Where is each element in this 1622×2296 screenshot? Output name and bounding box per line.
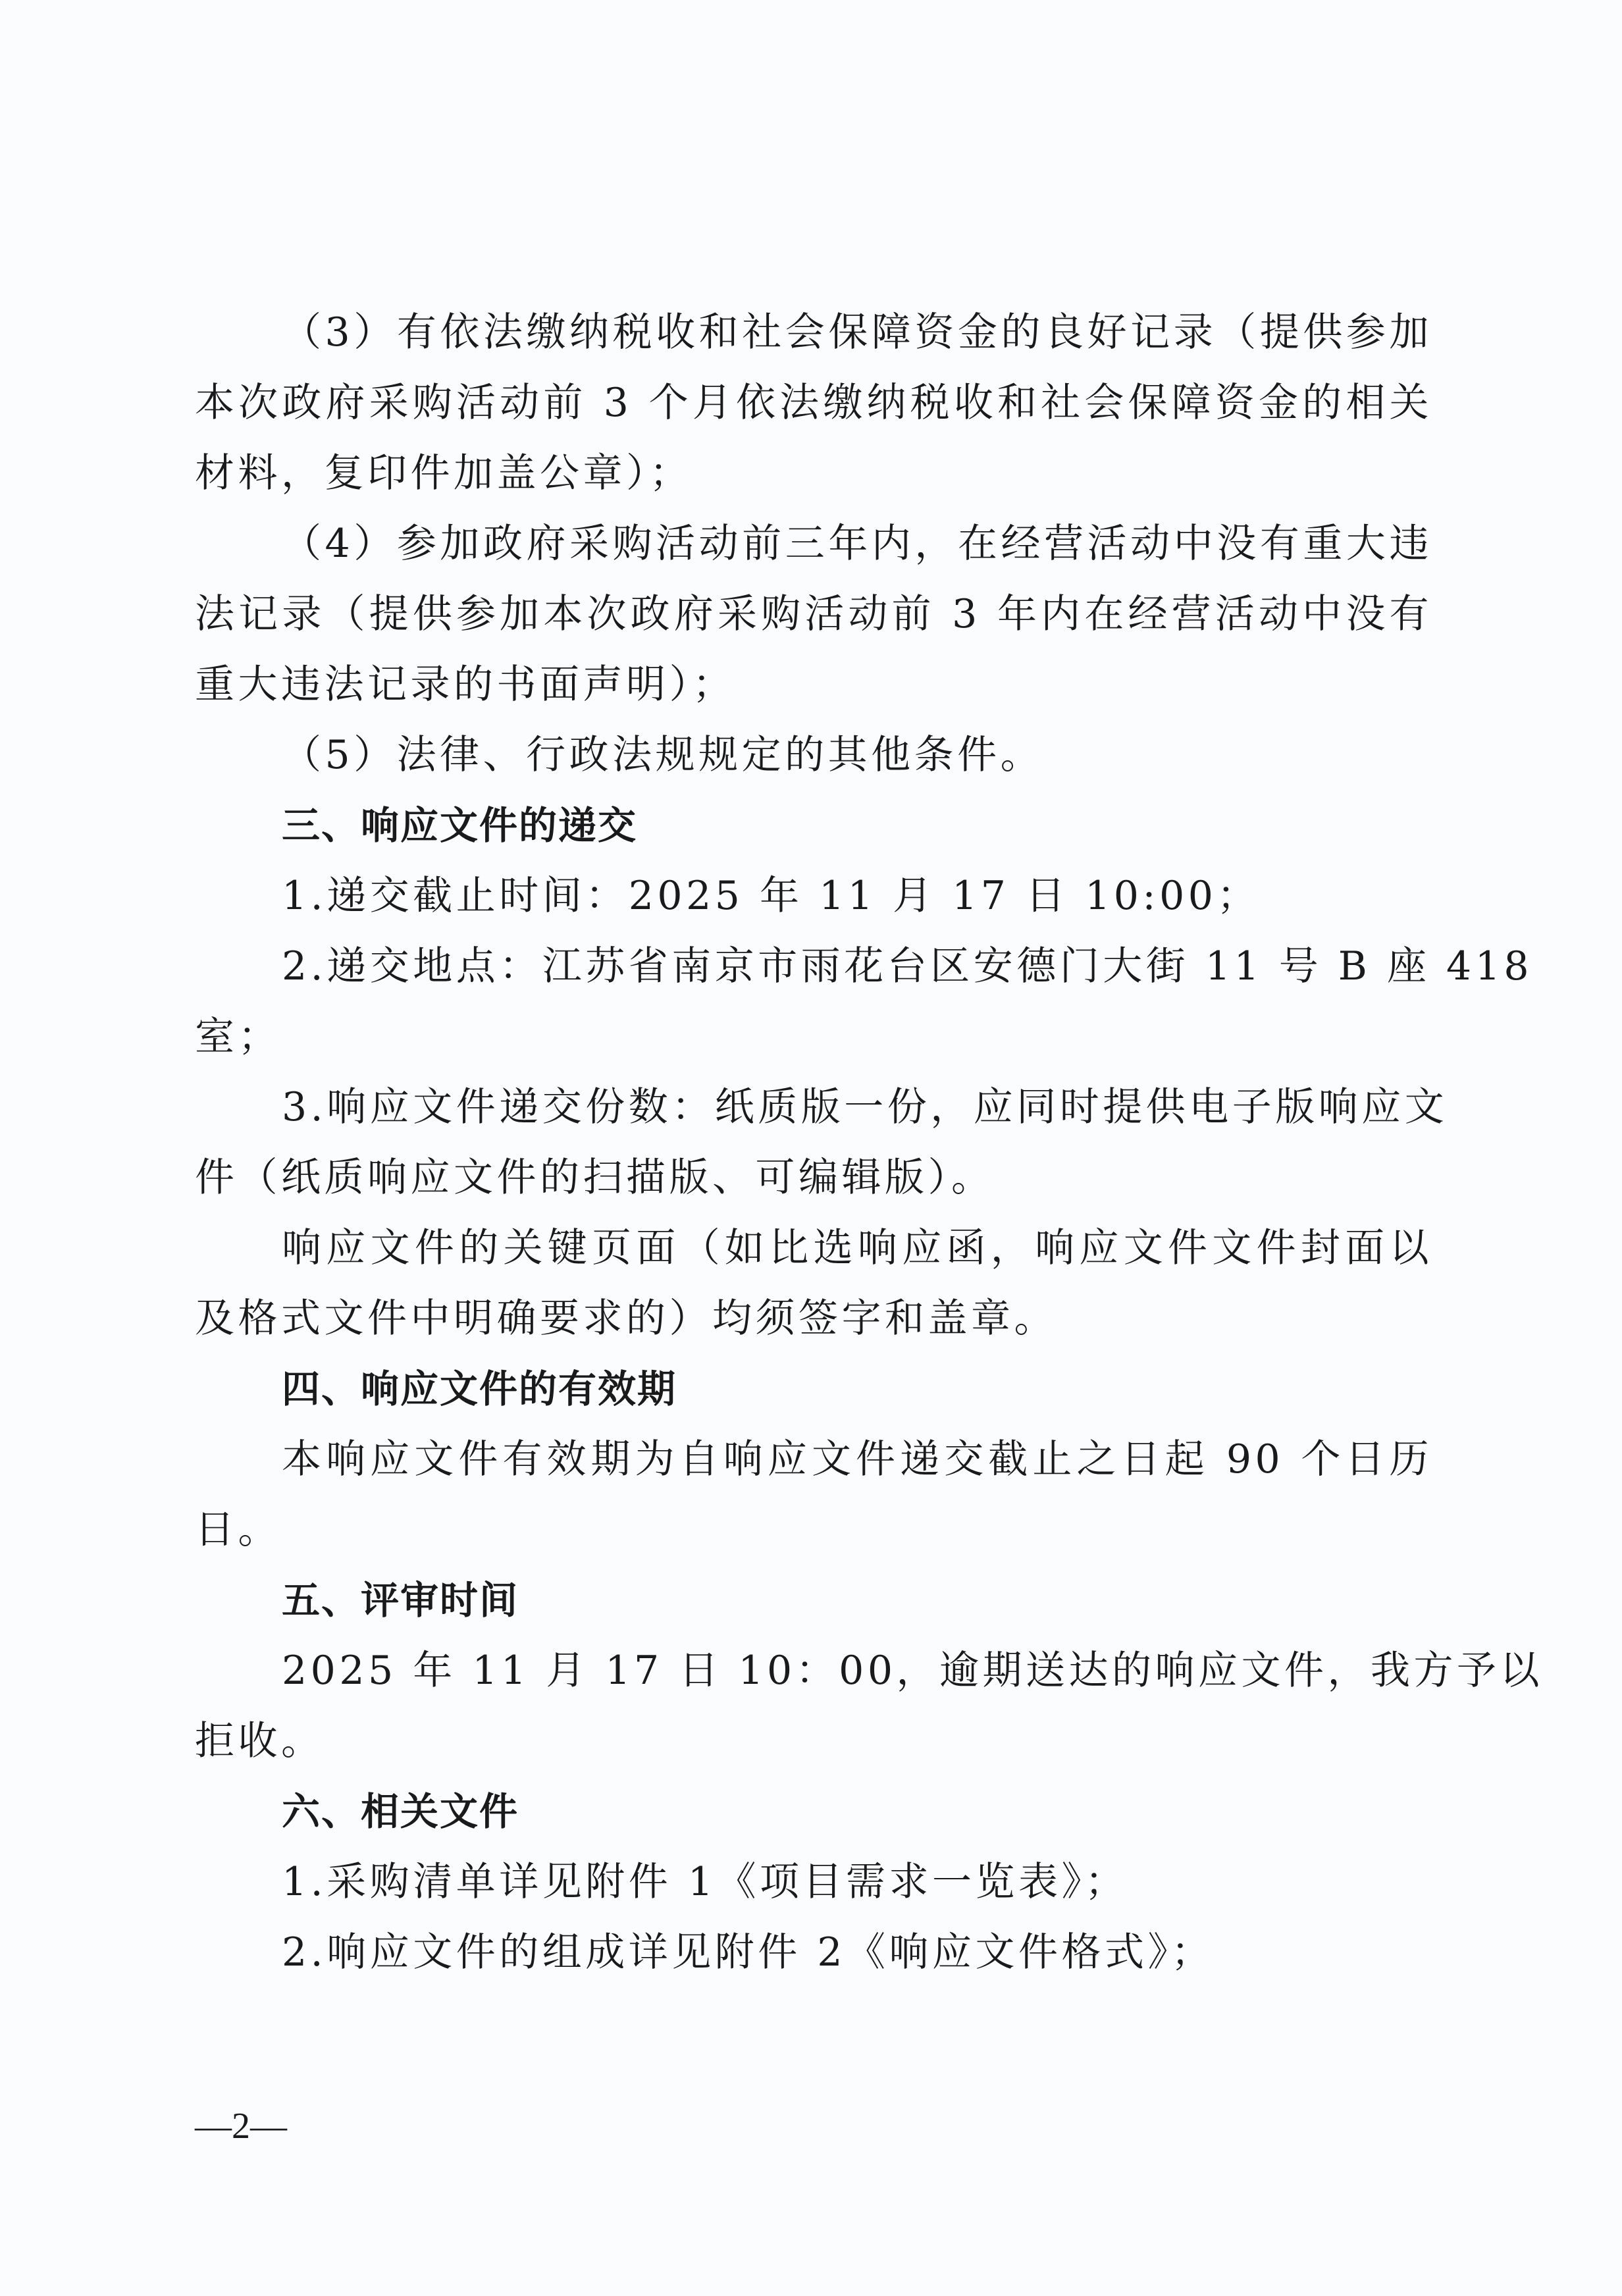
- section-heading-review-time: 五、评审时间: [195, 1565, 1432, 1636]
- paragraph-item-5: （5）法律、行政法规规定的其他条件。: [195, 720, 1432, 791]
- paragraph-item-4-line-1: （4）参加政府采购活动前三年内，在经营活动中没有重大违: [195, 509, 1432, 579]
- submission-location-line-1: 2.递交地点：江苏省南京市雨花台区安德门大街 11 号 B 座 418: [195, 931, 1432, 1002]
- document-page: （3）有依法缴纳税收和社会保障资金的良好记录（提供参加 本次政府采购活动前 3 …: [0, 0, 1622, 2296]
- review-time-text-line-2: 拒收。: [195, 1706, 1432, 1777]
- related-file-1: 1.采购清单详见附件 1《项目需求一览表》；: [195, 1847, 1432, 1918]
- validity-text-line-2: 日。: [195, 1495, 1432, 1565]
- validity-text-line-1: 本响应文件有效期为自响应文件递交截止之日起 90 个日历: [195, 1424, 1432, 1495]
- related-file-2: 2.响应文件的组成详见附件 2《响应文件格式》；: [195, 1918, 1432, 1988]
- paragraph-item-3-line-3: 材料，复印件加盖公章）；: [195, 438, 1432, 509]
- section-heading-validity: 四、响应文件的有效期: [195, 1354, 1432, 1424]
- paragraph-item-4-line-2: 法记录（提供参加本次政府采购活动前 3 年内在经营活动中没有: [195, 579, 1432, 650]
- submission-location-line-2: 室；: [195, 1002, 1432, 1072]
- submission-deadline: 1.递交截止时间：2025 年 11 月 17 日 10:00；: [195, 861, 1432, 931]
- signature-requirement-line-2: 及格式文件中明确要求的）均须签字和盖章。: [195, 1284, 1432, 1354]
- submission-copies-line-1: 3.响应文件递交份数：纸质版一份，应同时提供电子版响应文: [195, 1072, 1432, 1143]
- paragraph-item-4-line-3: 重大违法记录的书面声明）；: [195, 650, 1432, 720]
- document-body: （3）有依法缴纳税收和社会保障资金的良好记录（提供参加 本次政府采购活动前 3 …: [195, 298, 1432, 1988]
- paragraph-item-3-line-2: 本次政府采购活动前 3 个月依法缴纳税收和社会保障资金的相关: [195, 368, 1432, 438]
- section-heading-submission: 三、响应文件的递交: [195, 791, 1432, 861]
- review-time-text-line-1: 2025 年 11 月 17 日 10：00，逾期送达的响应文件，我方予以: [195, 1636, 1432, 1706]
- page-number: —2—: [195, 2106, 287, 2146]
- paragraph-item-3-line-1: （3）有依法缴纳税收和社会保障资金的良好记录（提供参加: [195, 298, 1432, 368]
- submission-copies-line-2: 件（纸质响应文件的扫描版、可编辑版）。: [195, 1143, 1432, 1213]
- signature-requirement-line-1: 响应文件的关键页面（如比选响应函，响应文件文件封面以: [195, 1213, 1432, 1284]
- section-heading-related-files: 六、相关文件: [195, 1777, 1432, 1847]
